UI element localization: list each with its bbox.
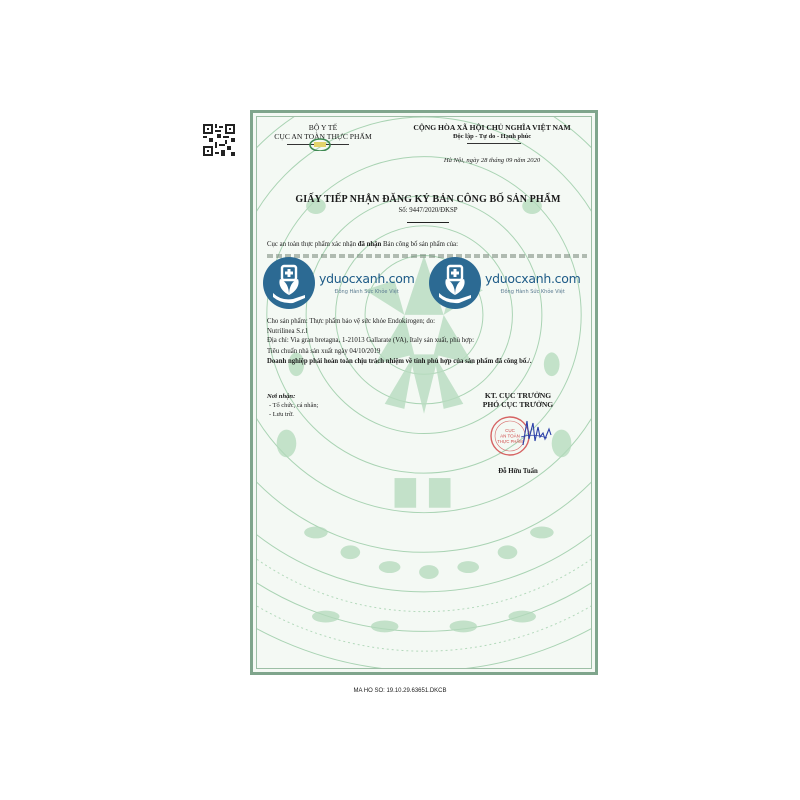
agency-emblem-icon — [309, 137, 331, 151]
issue-date: Hà Nội, ngày 28 tháng 09 năm 2020 — [387, 157, 592, 164]
svg-text:AN TOÀN: AN TOÀN — [500, 433, 520, 439]
hand-leaf-cross-icon — [263, 257, 315, 309]
motto-underline — [467, 143, 521, 144]
qr-code — [203, 124, 235, 156]
standard-line: Tiêu chuẩn nhà sản xuất ngày 04/10/2019 — [267, 347, 380, 356]
watermark-logo: yduocxanh.com Đồng Hành Sức Khỏe Việt — [429, 257, 580, 309]
hand-leaf-cross-icon — [429, 257, 481, 309]
watermark-site: yduocxanh.com — [485, 271, 580, 286]
document-title: GIẤY TIẾP NHẬN ĐĂNG KÝ BẢN CÔNG BỐ SẢN P… — [257, 194, 592, 205]
watermark-site: yduocxanh.com — [319, 271, 414, 286]
manufacturer-name: Nutrilinea S.r.l — [267, 327, 307, 336]
recipients-title: Nơi nhận: — [267, 393, 295, 400]
signer-name: Đỗ Hữu Tuấn — [443, 468, 592, 475]
republic-name: CỘNG HÒA XÃ HỘI CHỦ NGHĨA VIỆT NAM — [387, 123, 592, 132]
document-number: Số: 9447/2020/ĐKSP — [257, 207, 592, 214]
responsibility-statement: Doanh nghiệp phải hoàn toàn chịu trách n… — [267, 357, 532, 366]
national-motto: Độc lập - Tự do - Hạnh phúc — [387, 133, 592, 140]
product-line: Cho sản phẩm: Thực phẩm bảo vệ sức khỏe … — [267, 317, 435, 326]
handwritten-signature-icon — [519, 415, 559, 453]
watermark-tagline: Đồng Hành Sức Khỏe Việt — [319, 289, 414, 295]
recipient-item: - Tổ chức, cá nhân; — [269, 402, 318, 411]
watermark-tagline: Đồng Hành Sức Khỏe Việt — [485, 289, 580, 295]
recipient-item: - Lưu trữ. — [269, 411, 318, 420]
watermark-logo: yduocxanh.com Đồng Hành Sức Khỏe Việt — [263, 257, 414, 309]
ministry-name: BỘ Y TẾ — [263, 123, 383, 132]
recipients-list: - Tổ chức, cá nhân; - Lưu trữ. — [269, 402, 318, 419]
certificate-sheet: BỘ Y TẾ CỤC AN TOÀN THỰC PHẨM CỘNG HÒA X… — [250, 110, 598, 675]
title-underline — [407, 222, 449, 223]
svg-text:CỤC: CỤC — [505, 428, 515, 433]
signatory-role: KT. CỤC TRƯỞNG PHÓ CỤC TRƯỞNG — [443, 391, 592, 409]
manufacturer-address: Địa chỉ: Via gran bretagna, 1-21013 Gall… — [267, 336, 474, 345]
record-code: MA HO SO: 19.10.29.63651.DKCB — [0, 688, 800, 694]
intro-line: Cục an toàn thực phẩm xác nhận đã nhận B… — [267, 240, 458, 249]
